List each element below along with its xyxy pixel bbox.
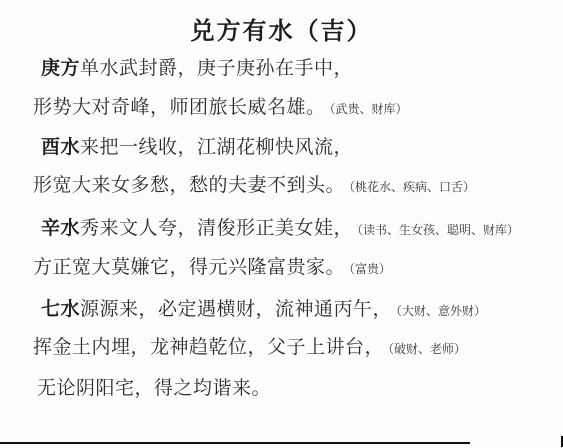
verse-note [353, 63, 357, 77]
verse-note: （破财、老师） [384, 342, 466, 356]
verse-text: 来把一线收，江湖花柳快风流， [80, 137, 353, 158]
verse-lead: 酉水 [41, 137, 80, 158]
document-page: 兑方有水（吉） 庚方单水武封爵，庚子庚孙在手中， 形势大对奇峰，师团旅长威名雄。… [0, 0, 563, 448]
verse-note [271, 383, 275, 397]
bottom-horizontal-rule [0, 442, 470, 444]
verse-text: 挥金土内埋，龙神趋乾位，父子上讲台， [33, 337, 384, 358]
verse-text: 方正宽大莫嫌它，得元兴隆富贵家。 [33, 257, 345, 278]
verse-line: 庚方单水武封爵，庚子庚孙在手中， [0, 57, 563, 82]
verse-text: 源源来，必定遇横财，流神通丙午， [80, 299, 392, 320]
verse-line: 酉水来把一线收，江湖花柳快风流， [0, 136, 563, 161]
verse-note [353, 142, 357, 156]
verse-lead: 辛水 [41, 218, 80, 239]
verse-lead: 庚方 [41, 58, 80, 79]
verse-text: 无论阴阳宅，得之均谐来。 [37, 378, 271, 399]
verse-note: （大财、意外财） [392, 304, 486, 318]
verse-line: 七水源源来，必定遇横财，流神通丙午，（大财、意外财） [0, 298, 563, 323]
verse-line: 方正宽大莫嫌它，得元兴隆富贵家。（富贵） [0, 256, 563, 281]
verse-line: 无论阴阳宅，得之均谐来。 [0, 377, 563, 402]
verse-text: 形宽大来女多愁，愁的夫妻不到头。 [33, 175, 345, 196]
verse-text: 单水武封爵，庚子庚孙在手中， [80, 58, 353, 79]
verse-lead: 七水 [41, 299, 80, 320]
verse-text: 形势大对奇峰，师团旅长威名雄。 [33, 97, 326, 118]
verse-note: （富贵） [345, 262, 391, 276]
verse-line: 形宽大来女多愁，愁的夫妻不到头。（桃花水、疾病、口舌） [0, 174, 563, 199]
verse-line: 挥金土内埋，龙神趋乾位，父子上讲台，（破财、老师） [0, 336, 563, 361]
verse-line: 辛水秀来文人夸，清俊形正美女娃，（读书、生女孩、聪明、财库） [0, 217, 563, 242]
verse-text: 秀来文人夸，清俊形正美女娃， [80, 218, 353, 239]
verse-line: 形势大对奇峰，师团旅长威名雄。（武贵、财库） [0, 96, 563, 121]
page-title: 兑方有水（吉） [0, 11, 563, 46]
verse-note: （读书、生女孩、聪明、财库） [353, 223, 519, 237]
verse-note: （桃花水、疾病、口舌） [345, 180, 475, 194]
verse-note: （武贵、财库） [326, 102, 408, 116]
